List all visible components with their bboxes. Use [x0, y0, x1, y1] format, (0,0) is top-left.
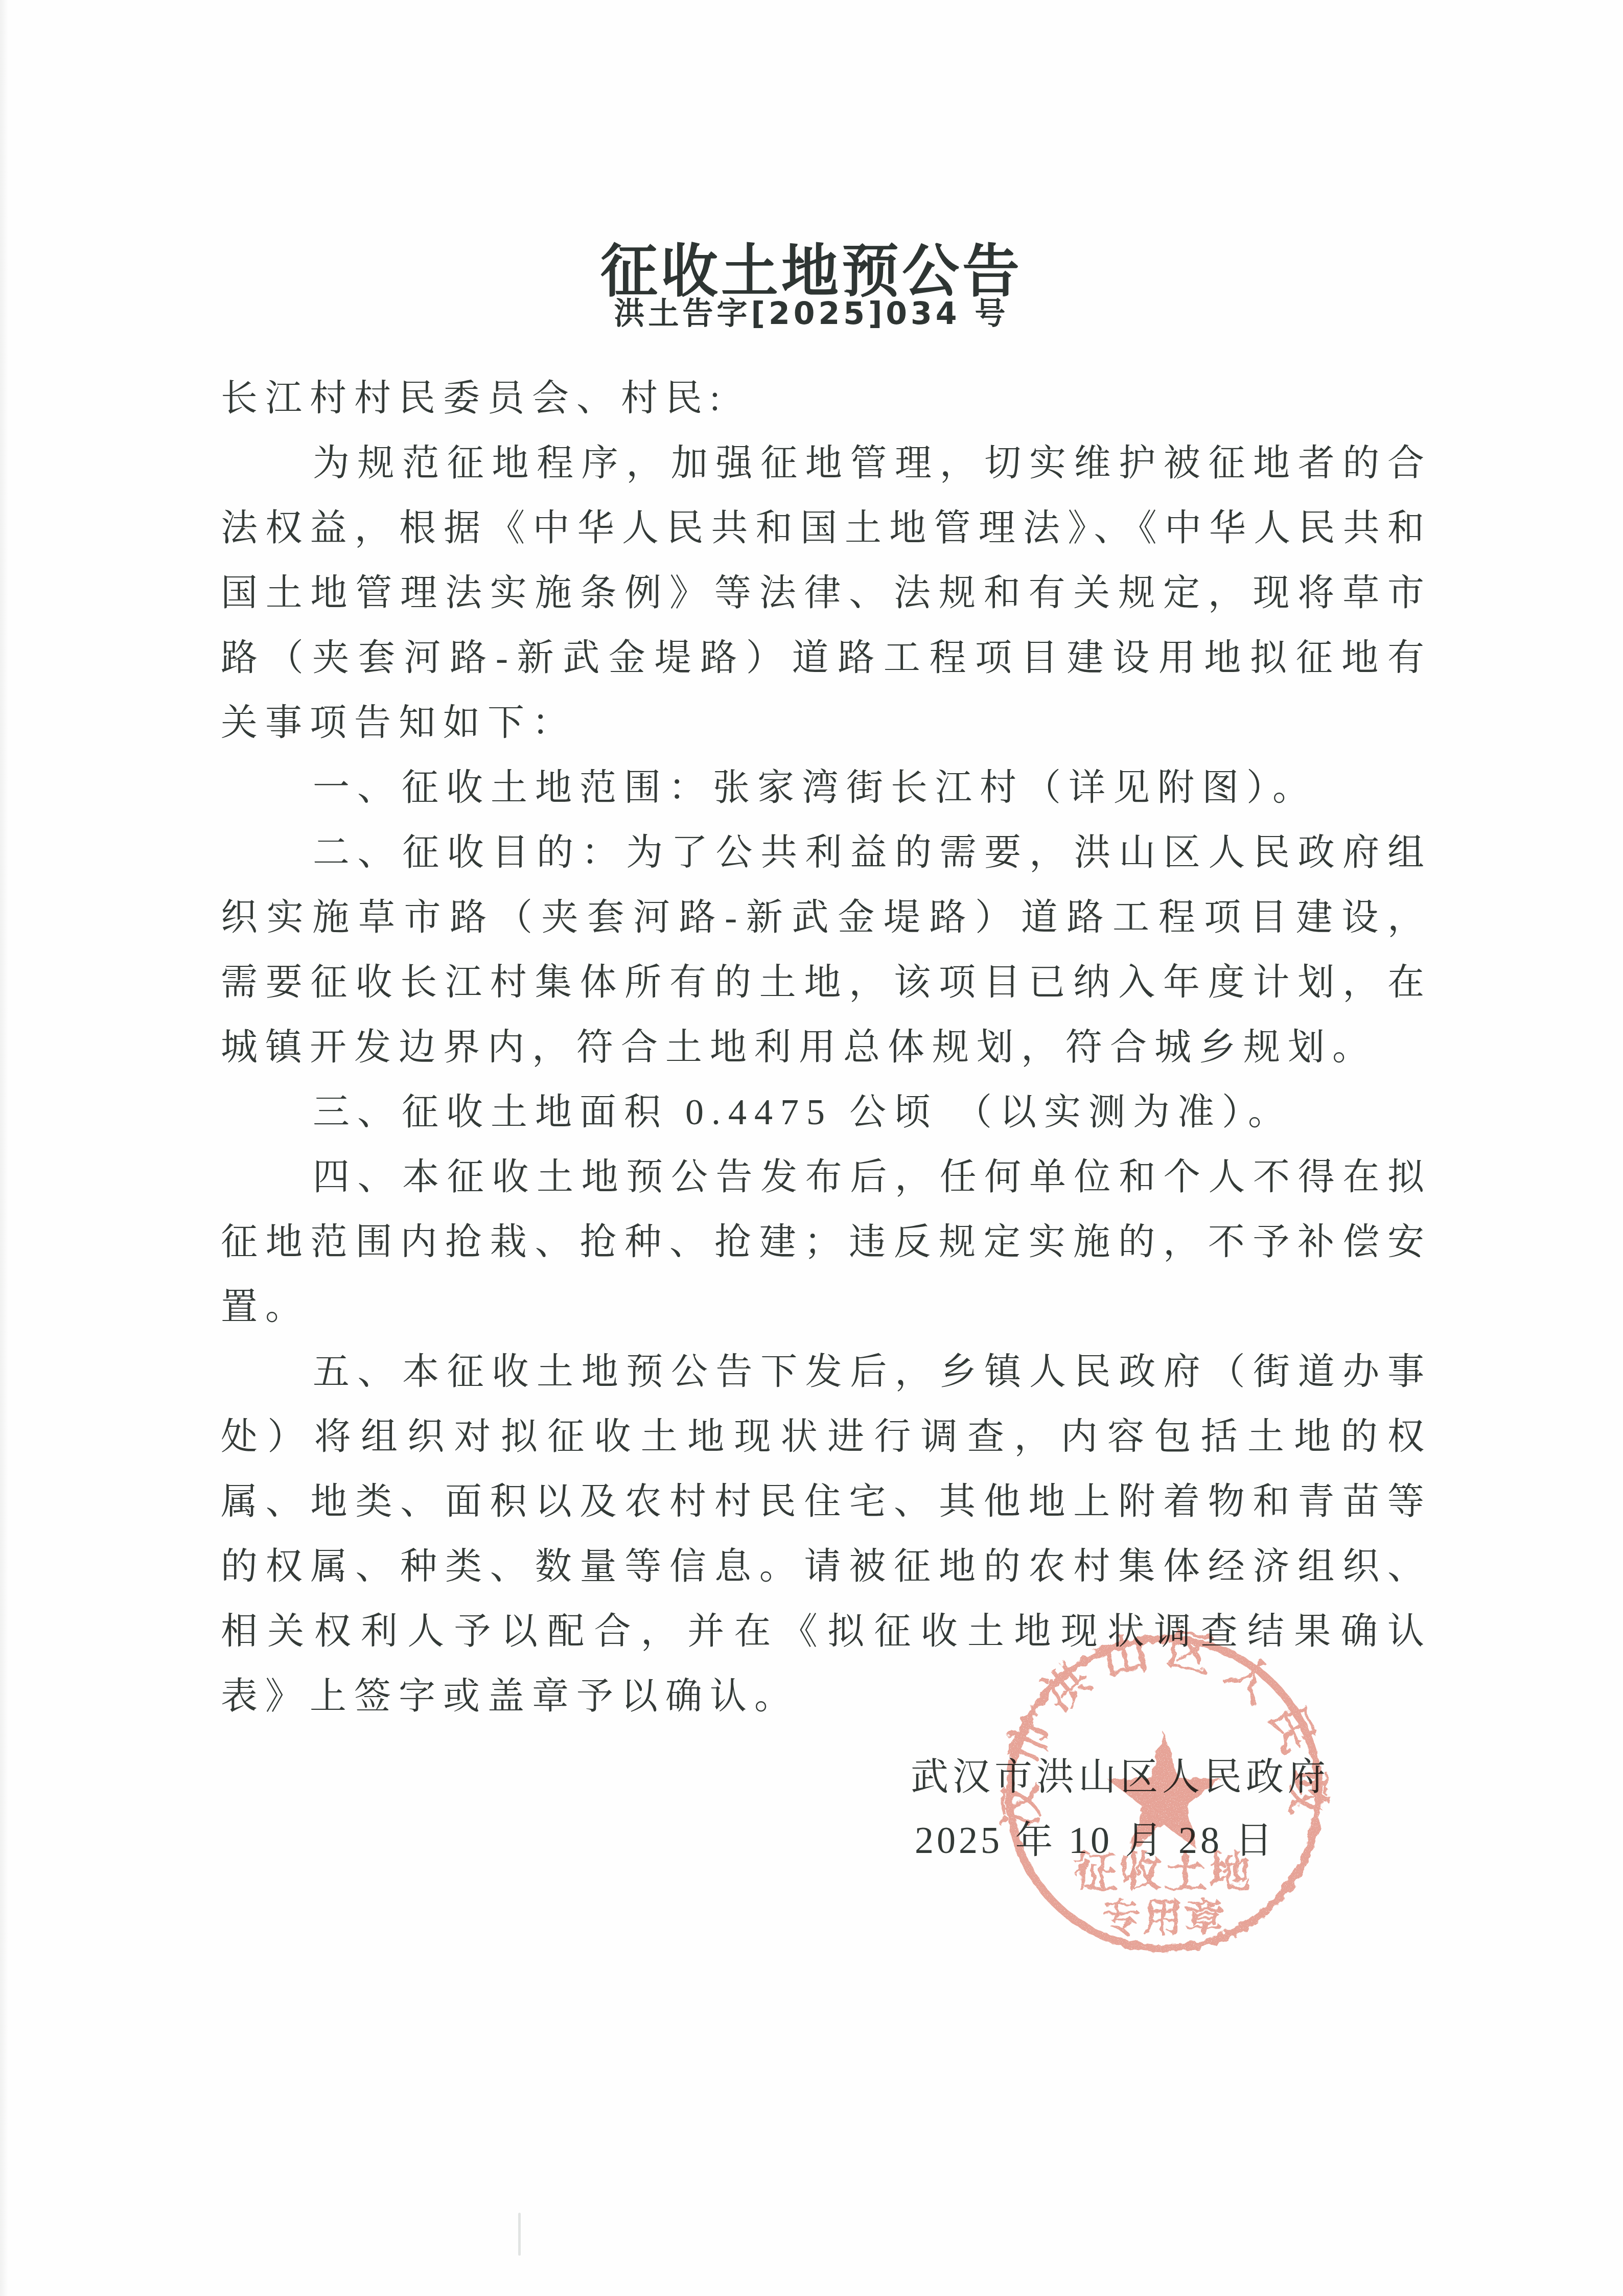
official-seal: 武汉市洪山区人民政府 征收土地 专用章 — [996, 1626, 1332, 1961]
document-body: 长江村村民委员会、村民: 为规范征地程序，加强征地管理，切实维护被征地者的合法权… — [221, 366, 1432, 1729]
document-number: 洪土告字[2025]034 号 — [0, 294, 1623, 333]
seal-inner-text-1: 征收土地 — [1074, 1849, 1254, 1896]
salutation: 长江村村民委员会、村民: — [221, 366, 1432, 431]
document-page: 征收土地预公告 洪土告字[2025]034 号 长江村村民委员会、村民: 为规范… — [0, 0, 1623, 2296]
star-icon — [1107, 1732, 1221, 1850]
body-paragraph: 三、征收土地面积 0.4475 公顷 （以实测为准）。 — [221, 1080, 1432, 1145]
scan-edge-shadow — [0, 0, 8, 2296]
scan-artifact — [518, 2213, 521, 2256]
body-paragraph: 四、本征收土地预公告发布后，任何单位和个人不得在拟征地范围内抢栽、抢种、抢建；违… — [221, 1145, 1432, 1339]
seal-graphic: 武汉市洪山区人民政府 征收土地 专用章 — [996, 1626, 1332, 1949]
body-paragraph: 为规范征地程序，加强征地管理，切实维护被征地者的合法权益，根据《中华人民共和国土… — [221, 431, 1432, 755]
body-paragraph: 一、征收土地范围：张家湾街长江村（详见附图）。 — [221, 755, 1432, 820]
body-paragraph: 二、征收目的：为了公共利益的需要，洪山区人民政府组织实施草市路（夹套河路-新武金… — [221, 820, 1432, 1080]
seal-inner-text-2: 专用章 — [1101, 1896, 1226, 1940]
